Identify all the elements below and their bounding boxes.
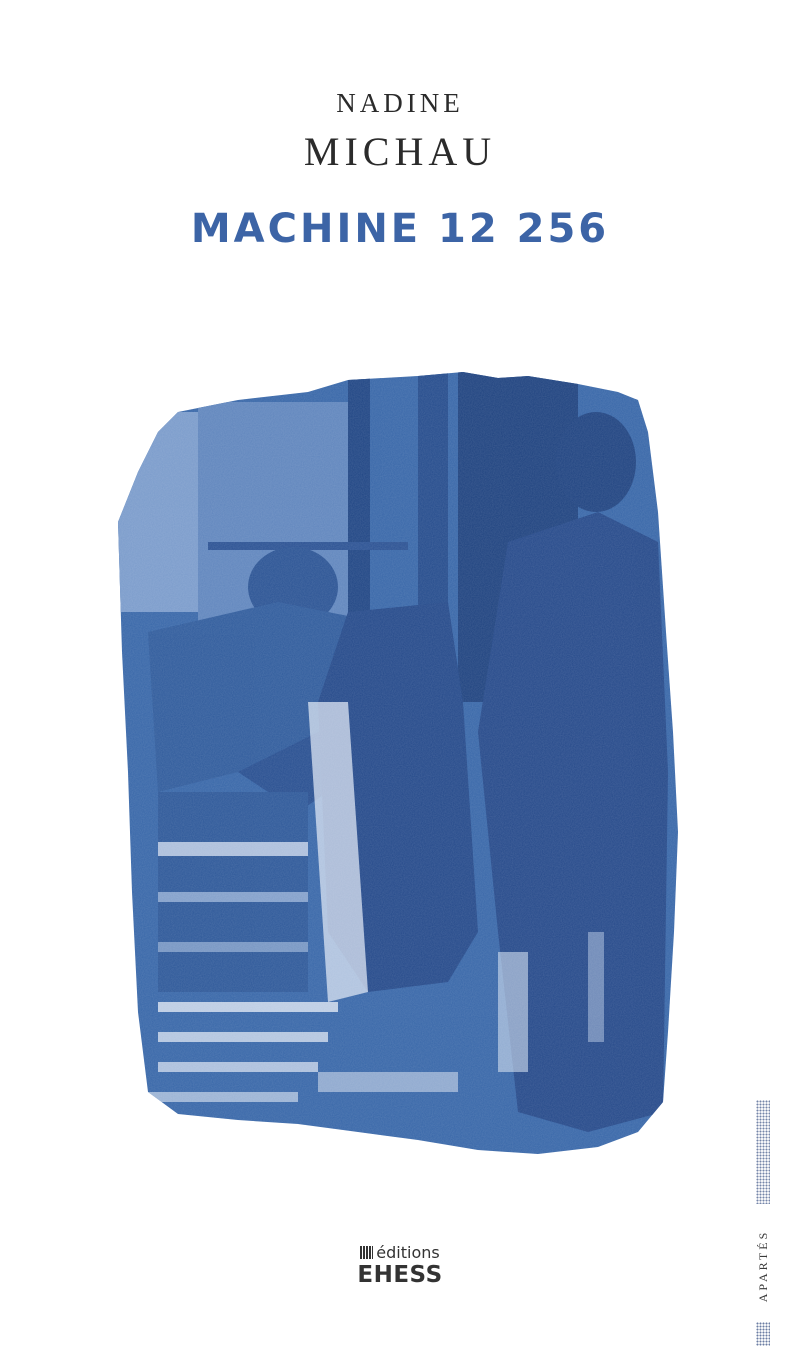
collection-mark: APARTÉS	[752, 1100, 776, 1345]
cyanotype-photo-icon	[118, 372, 688, 1154]
bars-logo-icon	[360, 1246, 373, 1259]
author-last-name: MICHAU	[0, 128, 800, 175]
publisher-logo: éditions EHESS	[0, 1244, 800, 1288]
dotted-pattern-icon	[756, 1100, 770, 1204]
collection-name: APARTÉS	[756, 1206, 772, 1326]
author-first-name: NADINE	[0, 88, 800, 119]
publisher-line2: EHESS	[0, 1262, 800, 1288]
cover-photo	[118, 372, 688, 1154]
publisher-line1: éditions	[376, 1243, 439, 1262]
dotted-pattern-icon	[756, 1322, 770, 1346]
book-title: MACHINE 12 256	[0, 206, 800, 252]
